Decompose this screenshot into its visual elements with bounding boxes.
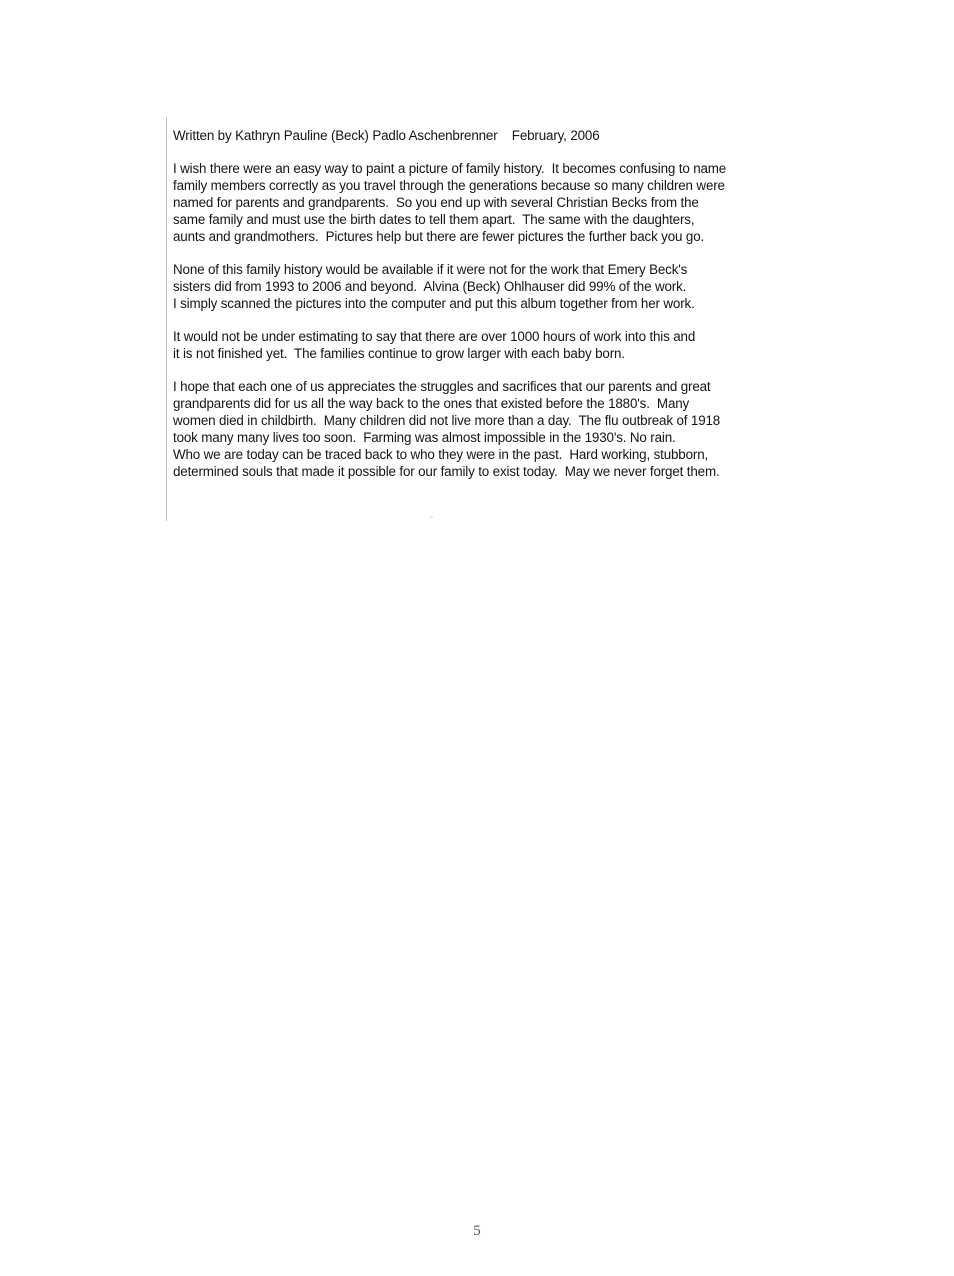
scan-artifact xyxy=(430,516,433,518)
text-line: determined souls that made it possible f… xyxy=(173,463,793,480)
text-line: Who we are today can be traced back to w… xyxy=(173,446,793,463)
text-line: took many many lives too soon. Farming w… xyxy=(173,429,793,446)
paragraph-remembrance: I hope that each one of us appreciates t… xyxy=(173,378,793,480)
page-number: 5 xyxy=(0,1223,954,1240)
paragraph-hours-of-work: It would not be under estimating to say … xyxy=(173,328,793,362)
text-line: aunts and grandmothers. Pictures help bu… xyxy=(173,228,793,245)
document-body: Written by Kathryn Pauline (Beck) Padlo … xyxy=(173,127,793,496)
text-line: It would not be under estimating to say … xyxy=(173,328,793,345)
byline: Written by Kathryn Pauline (Beck) Padlo … xyxy=(173,127,793,144)
paragraph-family-history: I wish there were an easy way to paint a… xyxy=(173,160,793,245)
text-line: family members correctly as you travel t… xyxy=(173,177,793,194)
text-line: same family and must use the birth dates… xyxy=(173,211,793,228)
text-line: I simply scanned the pictures into the c… xyxy=(173,295,793,312)
paragraph-acknowledgement: None of this family history would be ava… xyxy=(173,261,793,312)
text-line: named for parents and grandparents. So y… xyxy=(173,194,793,211)
text-line: grandparents did for us all the way back… xyxy=(173,395,793,412)
scanned-text-block: Written by Kathryn Pauline (Beck) Padlo … xyxy=(166,117,797,521)
text-line: sisters did from 1993 to 2006 and beyond… xyxy=(173,278,793,295)
text-line: None of this family history would be ava… xyxy=(173,261,793,278)
text-line: I wish there were an easy way to paint a… xyxy=(173,160,793,177)
text-line: I hope that each one of us appreciates t… xyxy=(173,378,793,395)
text-line: women died in childbirth. Many children … xyxy=(173,412,793,429)
text-line: it is not finished yet. The families con… xyxy=(173,345,793,362)
